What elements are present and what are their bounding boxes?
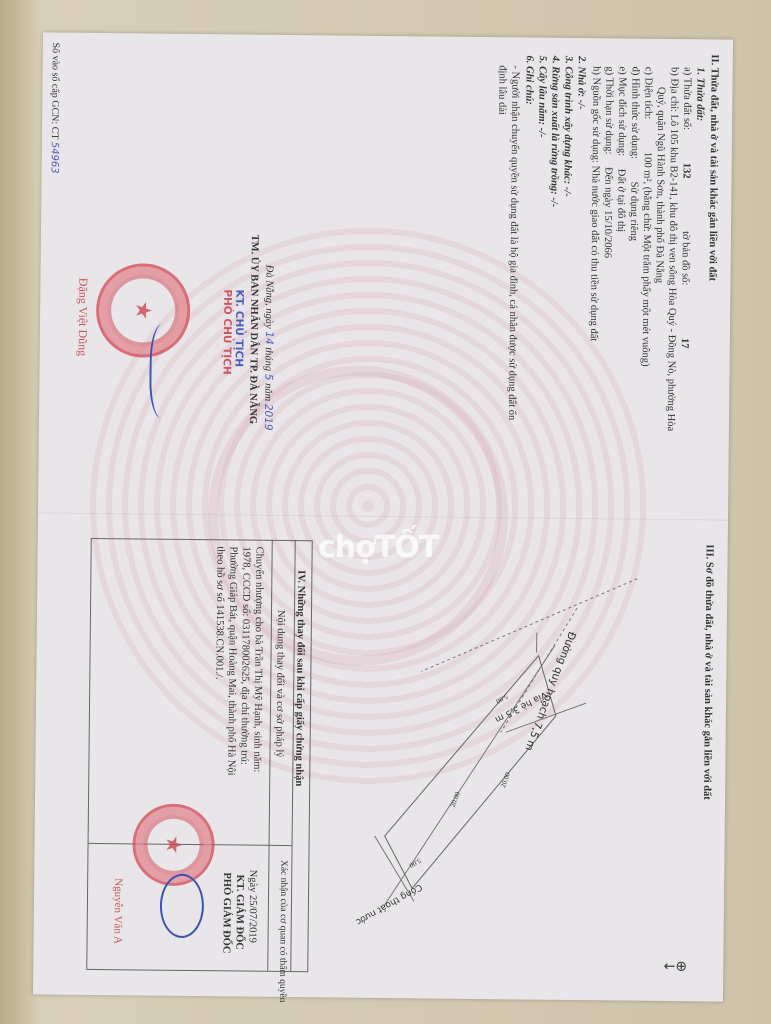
signer-name: Đặng Việt Dũng	[75, 278, 91, 357]
usage-purpose-row: e) Mục đích sử dụng: Đất ở tại đô thị	[614, 66, 629, 232]
issuing-org: TM. ỦY BAN NHÂN DÂN TP. ĐÀ NẴNG	[246, 235, 261, 425]
col-change-content: Nội dung thay đổi và cơ sở pháp lý	[272, 610, 287, 758]
item-forest: 4. Rừng sản xuất là rừng trồng: -/-	[547, 56, 562, 208]
confirm-role-kt: KT. GIÁM ĐỐC	[232, 874, 246, 949]
confirm-role-vice: PHÓ GIÁM ĐỐC	[219, 872, 233, 953]
section2-title: II. Thửa đất, nhà ở và tài sản khác gắn …	[705, 54, 720, 281]
change-line4: theo hồ sơ số 141538.CN.001./.	[212, 546, 227, 679]
issue-date: Đà Nẵng, ngày 14 tháng 5 năm 2019	[261, 265, 276, 431]
section2-sub1: 1. Thửa đất:	[693, 67, 707, 121]
department-seal: ★	[132, 803, 215, 886]
land-certificate-page: Số vào sổ cấp GCN: CT 54963 II. Thửa đất…	[33, 32, 733, 1001]
confirm-date: Ngày 25/07/2019	[245, 870, 259, 943]
change-line3: Phường Giáp Bát, quận Hoàng Mai, thành p…	[224, 546, 240, 775]
usage-term-row: g) Thời hạn sử dụng: Đến ngày 15/10/2066	[601, 66, 616, 258]
origin-row: h) Nguồn gốc sử dụng: Nhà nước giao đất …	[587, 66, 603, 341]
signer-role-kt: KT. CHỦ TỊCH	[231, 289, 245, 367]
item-note: 6. Ghi chú:	[522, 55, 536, 104]
confirm-signer-name: Nguyễn Văn A	[110, 878, 124, 944]
item-house: 2. Nhà ở: -/-	[574, 56, 588, 110]
parcel-diagram	[343, 536, 708, 1000]
item-construction: 3. Công trình xây dựng khác: -/-	[560, 56, 575, 197]
rotated-content: Số vào sổ cấp GCN: CT 54963 II. Thửa đất…	[33, 32, 733, 1001]
chotot-logo: chợTỐT	[318, 530, 438, 565]
north-arrow-icon: ⊕→	[663, 958, 687, 974]
change-line1: Chuyển nhượng cho bà Trần Thị Mỹ Hạnh, s…	[250, 547, 265, 773]
serial-value: 54963	[49, 142, 60, 174]
item-perennial: 5. Cây lâu năm: -/-	[535, 56, 549, 138]
signature	[149, 324, 182, 419]
col-confirmation: Xác nhận của cơ quan có thẩm quyền	[275, 860, 288, 1003]
serial-number: Số vào sổ cấp GCN: CT 54963	[47, 42, 61, 173]
star-icon: ★	[160, 835, 186, 855]
star-icon: ★	[130, 300, 156, 320]
usage-form-row: d) Hình thức sử dụng: Sử dụng riêng	[627, 67, 642, 242]
note-line2: định lâu dài	[495, 65, 509, 115]
address-line2: Quý, quận Ngũ Hành Sơn, thành phố Đà Nẵn…	[652, 87, 667, 283]
change-line2: 1978, CCCD số: 031178002625, địa chỉ thư…	[237, 546, 252, 764]
signer-role-vice: PHÓ CHỦ TỊCH	[219, 289, 233, 374]
serial-label: Số vào sổ cấp GCN: CT	[49, 42, 61, 139]
